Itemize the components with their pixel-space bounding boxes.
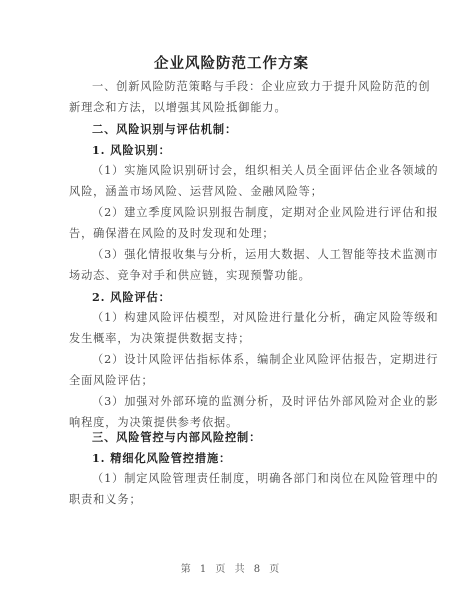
section-heading: 三、风险管控与内部风险控制：: [92, 430, 417, 444]
list-item-line: （1）实施风险识别研讨会，组织相关人员全面评估企业各领域的: [92, 164, 417, 178]
list-item-line: （1）制定风险管理责任制度，明确各部门和岗位在风险管理中的: [92, 472, 417, 486]
paragraph-line: 一、创新风险防范策略与手段：企业应致力于提升风险防范的创: [92, 80, 417, 94]
section-heading: 二、风险识别与评估机制：: [92, 122, 417, 136]
subsection-heading: 1. 精细化风险管控措施：: [92, 451, 417, 465]
list-item-line: 风险，涵盖市场风险、运营风险、金融风险等；: [69, 185, 394, 199]
list-item-line: （3）强化情报收集与分析，运用大数据、人工智能等技术监测市: [92, 248, 417, 262]
list-item-line: （3）加强对外部环境的监测分析，及时评估外部风险对企业的影: [92, 395, 417, 409]
list-item-line: （2）设计风险评估指标体系，编制企业风险评估报告，定期进行: [92, 353, 417, 367]
list-item-line: 发生概率，为决策提供数据支持；: [69, 332, 394, 346]
list-item-line: 场动态、竞争对手和供应链，实现预警功能。: [69, 269, 394, 283]
subsection-heading: 1. 风险识别：: [92, 143, 417, 157]
paragraph-line: 新理念和方法，以增强其风险抵御能力。: [69, 101, 394, 115]
list-item-line: 职责和义务；: [69, 493, 394, 507]
page-number-footer: 第 1 页 共 8 页: [0, 560, 463, 575]
subsection-heading: 2. 风险评估：: [92, 290, 417, 304]
list-item-line: 告，确保潜在风险的及时发现和处理；: [69, 227, 394, 241]
list-item-line: （2）建立季度风险识别报告制度，定期对企业风险进行评估和报: [92, 206, 417, 220]
list-item-line: 响程度，为决策提供参考依据。: [69, 416, 394, 430]
document-page: 企业风险防范工作方案 一、创新风险防范策略与手段：企业应致力于提升风险防范的创 …: [0, 0, 463, 600]
document-title: 企业风险防范工作方案: [0, 52, 463, 73]
list-item-line: （1）构建风险评估模型，对风险进行量化分析，确定风险等级和: [92, 311, 417, 325]
list-item-line: 全面风险评估；: [69, 374, 394, 388]
